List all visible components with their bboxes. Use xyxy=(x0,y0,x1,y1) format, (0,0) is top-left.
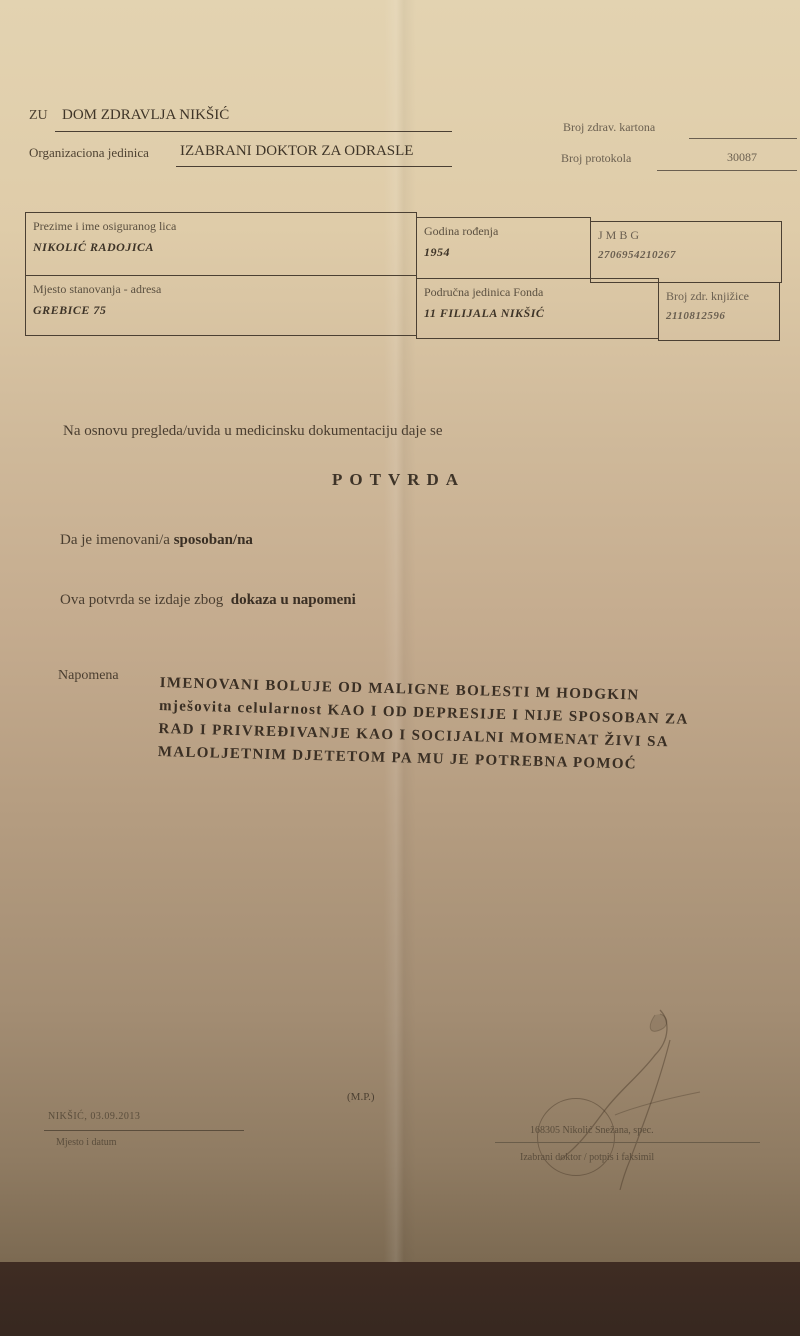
note-text: IMENOVANI BOLUJE OD MALIGNE BOLESTI M HO… xyxy=(158,672,780,780)
doctor-role: Izabrani doktor / potpis i faksimil xyxy=(520,1152,654,1163)
org-unit-underline xyxy=(176,166,452,167)
place-date-value: NIKŠIĆ, 03.09.2013 xyxy=(48,1111,140,1122)
protocol-underline xyxy=(657,170,797,171)
intro-text: Na osnovu pregleda/uvida u medicinsku do… xyxy=(63,423,442,440)
institution-underline xyxy=(55,131,452,132)
birth-year-label: Godina rođenja xyxy=(424,224,498,239)
jmbg-label: J M B G xyxy=(598,228,639,243)
jmbg-cell: J M B G 2706954210267 xyxy=(590,221,782,283)
org-unit-label: Organizaciona jedinica xyxy=(29,145,149,161)
capability-line: Da je imenovani/a sposoban/na xyxy=(60,532,253,549)
patient-name-cell: Prezime i ime osiguranog lica NIKOLIĆ RA… xyxy=(25,212,417,276)
health-card-label: Broj zdrav. kartona xyxy=(563,120,655,135)
place-date-underline xyxy=(44,1130,244,1131)
doctor-name: 168305 Nikolić Snežana, spec. xyxy=(530,1125,654,1136)
capability-value: sposoban/na xyxy=(174,532,253,548)
birth-year-cell: Godina rođenja 1954 xyxy=(416,217,591,279)
certificate-paper: ZU DOM ZDRAVLJA NIKŠIĆ Organizaciona jed… xyxy=(0,0,800,1262)
org-unit-value: IZABRANI DOKTOR ZA ODRASLE xyxy=(180,143,413,160)
reason-line: Ova potvrda se izdaje zbog dokaza u napo… xyxy=(60,592,356,609)
signature-underline xyxy=(495,1142,760,1143)
jmbg-value: 2706954210267 xyxy=(598,249,676,261)
institution-value: DOM ZDRAVLJA NIKŠIĆ xyxy=(62,107,229,124)
address-value: GREBICE 75 xyxy=(33,303,106,318)
table-surface xyxy=(0,1262,800,1336)
protocol-value: 30087 xyxy=(727,150,757,165)
fund-unit-label: Područna jedinica Fonda xyxy=(424,285,543,300)
patient-name-label: Prezime i ime osiguranog lica xyxy=(33,219,176,234)
address-label: Mjesto stanovanja - adresa xyxy=(33,282,161,297)
place-date-label: Mjesto i datum xyxy=(56,1137,117,1148)
fund-unit-value: 11 FILIJALA NIKŠIĆ xyxy=(424,306,544,321)
reason-value: dokaza u napomeni xyxy=(231,592,356,608)
health-card-underline xyxy=(689,138,797,139)
health-booklet-cell: Broj zdr. knjižice 2110812596 xyxy=(658,282,780,341)
institution-label: ZU xyxy=(29,108,48,124)
protocol-label: Broj protokola xyxy=(561,151,631,166)
capability-prefix: Da je imenovani/a xyxy=(60,532,170,548)
patient-name-value: NIKOLIĆ RADOJICA xyxy=(33,240,154,255)
stamp-placeholder: (M.P.) xyxy=(347,1091,375,1103)
fund-unit-cell: Područna jedinica Fonda 11 FILIJALA NIKŠ… xyxy=(416,278,659,339)
document-title: POTVRDA xyxy=(332,470,465,490)
health-booklet-label: Broj zdr. knjižice xyxy=(666,289,749,304)
health-booklet-value: 2110812596 xyxy=(666,310,725,322)
reason-prefix: Ova potvrda se izdaje zbog xyxy=(60,592,223,608)
address-cell: Mjesto stanovanja - adresa GREBICE 75 xyxy=(25,275,417,336)
birth-year-value: 1954 xyxy=(424,245,450,260)
note-label: Napomena xyxy=(58,668,119,684)
